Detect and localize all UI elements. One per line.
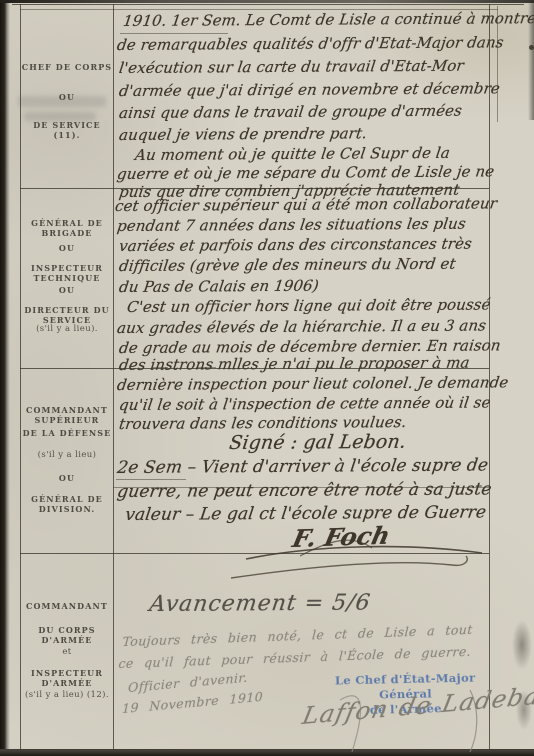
scan-edge-left (0, 0, 10, 756)
handwriting-line: 1910. 1er Sem. Le Comt de Lisle a contin… (122, 9, 534, 30)
handwriting-line: l'exécution sur la carte du travail d'Et… (118, 57, 465, 77)
label-ou: OU (20, 473, 114, 483)
label-sil-y-a-lieu: (s'il y a lieu) (20, 450, 114, 460)
label-inspecteur-darmee: INSPECTEUR D'ARMÉE (20, 668, 114, 688)
scan-edge-bottom (0, 749, 534, 756)
table-border-top (12, 4, 524, 5)
label-ou: OU (20, 92, 114, 102)
handwriting-line: variées et parfois dans des circonstance… (118, 235, 473, 255)
label-commandant-superieur: COMMANDANT SUPÉRIEUR (20, 405, 114, 425)
handwriting-line: qu'il le soit à l'inspection de cette an… (118, 393, 492, 414)
label-ou: OU (20, 285, 114, 295)
label-general-de-division: GÉNÉRAL DE DIVISION. (20, 494, 114, 514)
document-page: CHEF DE CORPS OU DE SERVICE (11). GÉNÉRA… (0, 0, 534, 756)
label-et: et (20, 647, 114, 657)
handwriting-line: des instrons mlles je n'ai pu le propose… (118, 354, 471, 374)
label-commandant: COMMANDANT (20, 601, 114, 611)
stain-blot (512, 620, 532, 670)
label-de-service: DE SERVICE (11). (20, 120, 114, 140)
signature-foch: F. Foch (290, 521, 393, 553)
handwriting-line: guerre, ne peut encore être noté à sa ju… (116, 479, 493, 502)
table-border-bottom (0, 749, 534, 750)
handwriting-line: difficiles (grève gle des mineurs du Nor… (118, 255, 457, 275)
handwriting-line: 2e Sem – Vient d'arriver à l'école supre… (116, 455, 489, 478)
underline-2e-sem (116, 479, 186, 480)
label-sil-y-a-lieu: (s'il y a lieu). (20, 324, 114, 334)
label-sil-y-a-lieu-12: (s'il y a lieu) (12). (20, 690, 114, 700)
label-ou: OU (20, 243, 114, 253)
handwriting-line: pendant 7 années dans les situations les… (116, 215, 467, 235)
scan-edge-top (0, 0, 534, 3)
handwriting-line: aux grades élevés de la hiérarchie. Il a… (116, 316, 487, 337)
label-chef-de-corps: CHEF DE CORPS (20, 62, 114, 72)
handwriting-line: dernière inspection pour lieut colonel. … (116, 373, 510, 394)
label-directeur-du-service: DIRECTEUR DU SERVICE (20, 305, 114, 325)
handwriting-line: ainsi que dans le travail de groupe d'ar… (118, 102, 463, 122)
pencil-line: ce qu'il faut pour réussir à l'École de … (118, 644, 472, 671)
label-de-la-defense: DE LA DÉFENSE (20, 428, 114, 438)
row-divider-3 (20, 553, 489, 554)
handwriting-line: Au moment où je quitte le Cel Supr de la (134, 144, 451, 164)
handwriting-line: auquel je viens de prendre part. (118, 124, 368, 144)
label-inspecteur-technique: INSPECTEUR TECHNIQUE (20, 263, 114, 283)
handwriting-line: du Pas de Calais en 1906) (118, 277, 320, 296)
label-du-corps-darmee: DU CORPS D'ARMÉE (20, 625, 114, 645)
handwriting-line: trouvera dans les conditions voulues. (118, 413, 408, 433)
ink-dot (529, 45, 534, 50)
avancement-note: Avancement = 5/6 (148, 590, 372, 617)
underline-1910-sem (120, 33, 228, 34)
handwriting-line: d'armée que j'ai dirigé en novembre et d… (118, 79, 501, 100)
handwriting-line: C'est un officier hors ligne qui doit êt… (126, 295, 492, 316)
label-general-de-brigade: GÉNÉRAL DE BRIGADE (20, 218, 114, 238)
handwriting-line: de remarquables qualités d'offr d'Etat-M… (116, 33, 505, 54)
handwriting-line: valeur – Le gal ct l'école supre de Guer… (124, 502, 487, 525)
signature-lebon: Signé : gal Lebon. (228, 431, 407, 454)
handwriting-line: cet officier supérieur qui a été mon col… (114, 194, 498, 215)
